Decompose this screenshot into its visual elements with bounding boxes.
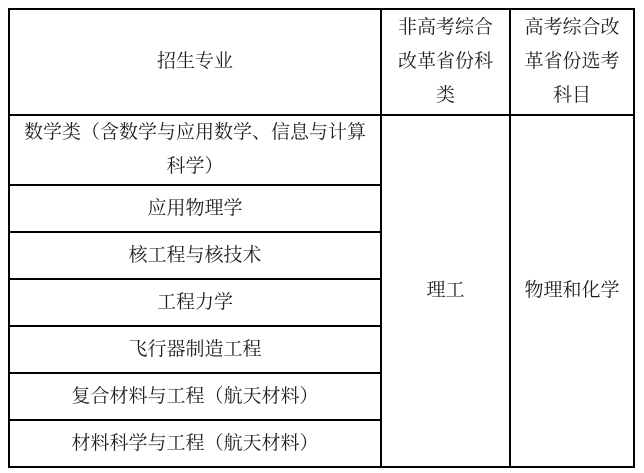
major-cell-applied-physics: 应用物理学 xyxy=(9,185,381,232)
major-cell-engineering-mechanics: 工程力学 xyxy=(9,279,381,326)
major-cell-aircraft-manufacturing: 飞行器制造工程 xyxy=(9,326,381,373)
header-reform-column: 高考综合改革省份选考科目 xyxy=(510,9,634,115)
admission-majors-table: 招生专业 非高考综合改革省份科类 高考综合改革省份选考科目 数学类（含数学与应用… xyxy=(8,8,635,468)
major-cell-composite-materials: 复合材料与工程（航天材料） xyxy=(9,373,381,420)
major-cell-nuclear-engineering: 核工程与核技术 xyxy=(9,232,381,279)
header-major-column: 招生专业 xyxy=(9,9,381,115)
non-reform-category-cell: 理工 xyxy=(381,115,510,467)
page: 招生专业 非高考综合改革省份科类 高考综合改革省份选考科目 数学类（含数学与应用… xyxy=(0,0,644,473)
header-non-reform-column: 非高考综合改革省份科类 xyxy=(381,9,510,115)
major-cell-math: 数学类（含数学与应用数学、信息与计算科学） xyxy=(9,115,381,185)
reform-subjects-cell: 物理和化学 xyxy=(510,115,634,467)
table-header-row: 招生专业 非高考综合改革省份科类 高考综合改革省份选考科目 xyxy=(9,9,634,115)
table-row: 数学类（含数学与应用数学、信息与计算科学） 理工 物理和化学 xyxy=(9,115,634,185)
major-cell-materials-science: 材料科学与工程（航天材料） xyxy=(9,420,381,467)
